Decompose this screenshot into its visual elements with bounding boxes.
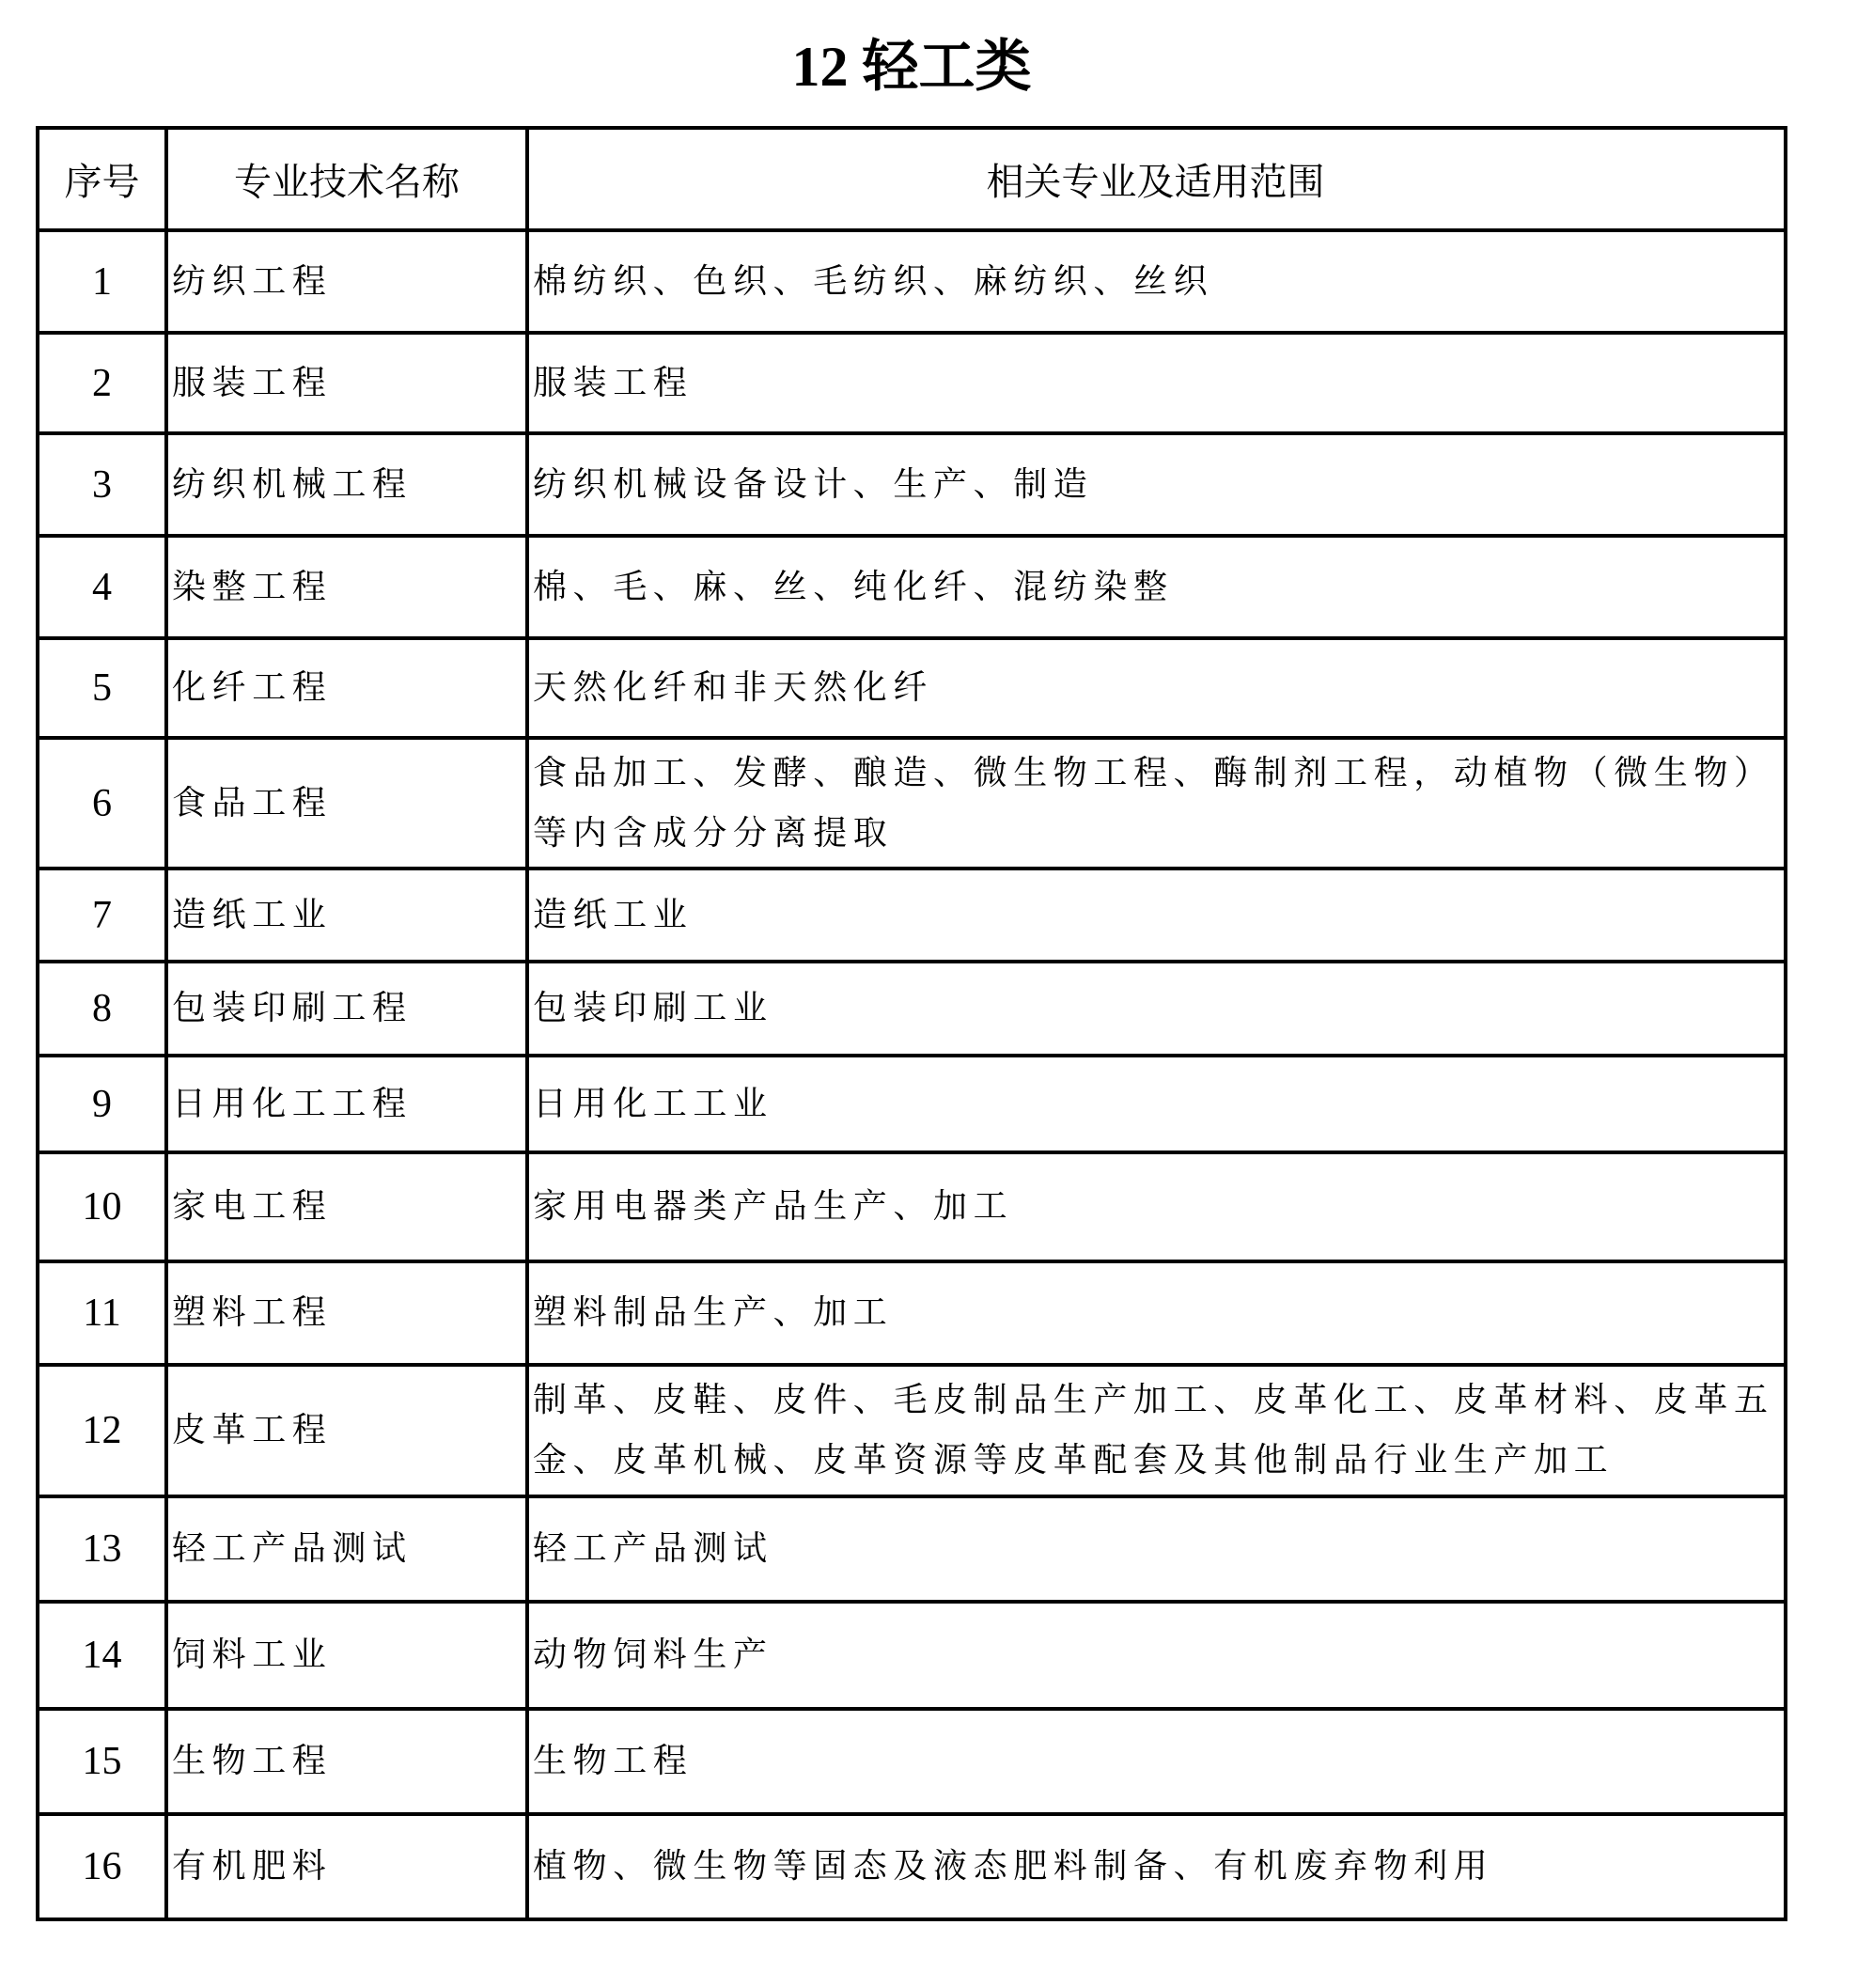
- row-scope: 生物工程: [525, 1711, 1787, 1812]
- table-row: 7 造纸工业 造纸工业: [36, 867, 1787, 960]
- row-scope: 植物、微生物等固态及液态肥料制备、有机废弃物利用: [525, 1816, 1787, 1918]
- row-name: 化纤工程: [164, 640, 525, 736]
- table-row: 6 食品工程 食品加工、发酵、酿造、微生物工程、酶制剂工程，动植物（微生物）等内…: [36, 736, 1787, 867]
- row-scope: 棉纺织、色织、毛纺织、麻纺织、丝织: [525, 232, 1787, 331]
- row-index: 7: [36, 870, 164, 960]
- row-index: 12: [36, 1367, 164, 1495]
- row-index: 4: [36, 538, 164, 636]
- row-index: 3: [36, 435, 164, 534]
- table-row: 2 服装工程 服装工程: [36, 331, 1787, 431]
- row-name: 服装工程: [164, 335, 525, 431]
- header-index: 序号: [36, 130, 164, 228]
- row-scope: 纺织机械设备设计、生产、制造: [525, 435, 1787, 534]
- row-scope: 家用电器类产品生产、加工: [525, 1154, 1787, 1260]
- row-index: 9: [36, 1057, 164, 1151]
- row-name: 饲料工业: [164, 1604, 525, 1707]
- table-row: 14 饲料工业 动物饲料生产: [36, 1600, 1787, 1707]
- table-row: 12 皮革工程 制革、皮鞋、皮件、毛皮制品生产加工、皮革化工、皮革材料、皮革五金…: [36, 1363, 1787, 1495]
- row-name: 塑料工程: [164, 1263, 525, 1363]
- row-index: 5: [36, 640, 164, 736]
- table-row: 11 塑料工程 塑料制品生产、加工: [36, 1260, 1787, 1363]
- row-index: 10: [36, 1154, 164, 1260]
- row-index: 15: [36, 1711, 164, 1812]
- row-name: 有机肥料: [164, 1816, 525, 1918]
- page-title: 12 轻工类: [0, 26, 1823, 107]
- table-row: 13 轻工产品测试 轻工产品测试: [36, 1495, 1787, 1600]
- row-scope: 棉、毛、麻、丝、纯化纤、混纺染整: [525, 538, 1787, 636]
- row-name: 纺织机械工程: [164, 435, 525, 534]
- row-index: 6: [36, 740, 164, 867]
- table-row: 8 包装印刷工程 包装印刷工业: [36, 960, 1787, 1054]
- header-name: 专业技术名称: [164, 130, 525, 228]
- row-name: 轻工产品测试: [164, 1498, 525, 1600]
- row-name: 包装印刷工程: [164, 963, 525, 1054]
- row-scope: 食品加工、发酵、酿造、微生物工程、酶制剂工程，动植物（微生物）等内含成分分离提取: [525, 740, 1787, 867]
- table-row: 16 有机肥料 植物、微生物等固态及液态肥料制备、有机废弃物利用: [36, 1812, 1787, 1921]
- row-index: 2: [36, 335, 164, 431]
- row-scope: 天然化纤和非天然化纤: [525, 640, 1787, 736]
- row-scope: 日用化工工业: [525, 1057, 1787, 1151]
- row-scope: 包装印刷工业: [525, 963, 1787, 1054]
- row-name: 生物工程: [164, 1711, 525, 1812]
- table-row: 10 家电工程 家用电器类产品生产、加工: [36, 1151, 1787, 1260]
- table-row: 15 生物工程 生物工程: [36, 1707, 1787, 1812]
- row-scope: 塑料制品生产、加工: [525, 1263, 1787, 1363]
- header-scope: 相关专业及适用范围: [525, 130, 1787, 228]
- table-header-row: 序号 专业技术名称 相关专业及适用范围: [36, 126, 1787, 228]
- row-name: 家电工程: [164, 1154, 525, 1260]
- row-name: 日用化工工程: [164, 1057, 525, 1151]
- row-scope: 服装工程: [525, 335, 1787, 431]
- row-index: 1: [36, 232, 164, 331]
- row-index: 8: [36, 963, 164, 1054]
- row-name: 食品工程: [164, 740, 525, 867]
- row-index: 13: [36, 1498, 164, 1600]
- table-row: 3 纺织机械工程 纺织机械设备设计、生产、制造: [36, 431, 1787, 534]
- row-name: 纺织工程: [164, 232, 525, 331]
- row-index: 14: [36, 1604, 164, 1707]
- specialty-table: 序号 专业技术名称 相关专业及适用范围 1 纺织工程 棉纺织、色织、毛纺织、麻纺…: [36, 126, 1787, 1921]
- row-name: 皮革工程: [164, 1367, 525, 1495]
- table-row: 1 纺织工程 棉纺织、色织、毛纺织、麻纺织、丝织: [36, 228, 1787, 331]
- row-name: 造纸工业: [164, 870, 525, 960]
- row-index: 11: [36, 1263, 164, 1363]
- row-name: 染整工程: [164, 538, 525, 636]
- row-scope: 造纸工业: [525, 870, 1787, 960]
- table-row: 9 日用化工工程 日用化工工业: [36, 1054, 1787, 1151]
- row-scope: 动物饲料生产: [525, 1604, 1787, 1707]
- row-scope: 制革、皮鞋、皮件、毛皮制品生产加工、皮革化工、皮革材料、皮革五金、皮革机械、皮革…: [525, 1367, 1787, 1495]
- row-scope: 轻工产品测试: [525, 1498, 1787, 1600]
- table-row: 4 染整工程 棉、毛、麻、丝、纯化纤、混纺染整: [36, 534, 1787, 636]
- row-index: 16: [36, 1816, 164, 1918]
- table-row: 5 化纤工程 天然化纤和非天然化纤: [36, 636, 1787, 736]
